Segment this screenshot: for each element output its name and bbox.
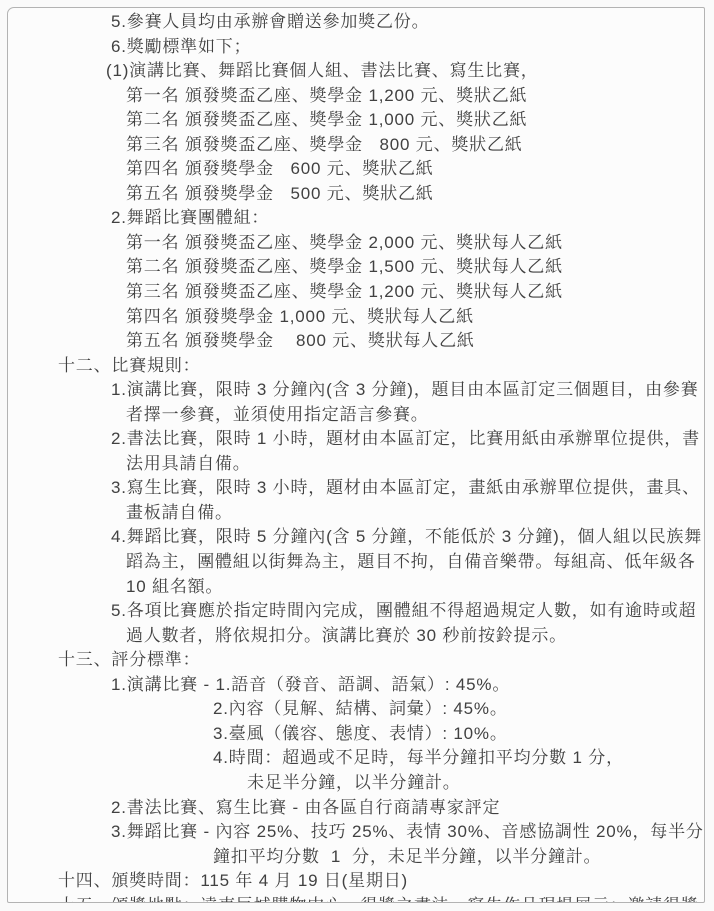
- text-line: 蹈為主，團體組以街舞為主，題目不拘，自備音樂帶。每組高、低年級各: [8, 550, 704, 575]
- text-line: 2.書法比賽，限時 1 小時，題材由本區訂定，比賽用紙由承辦單位提供，書: [8, 427, 704, 452]
- text-line: 6.獎勵標準如下；: [8, 35, 704, 60]
- text-line: 第四名 頒發獎學金 1,000 元、獎狀每人乙紙: [8, 305, 704, 330]
- text-line: 3.舞蹈比賽 - 內容 25%、技巧 25%、表情 30%、音感協調性 20%，…: [8, 820, 704, 845]
- text-line: 1.演講比賽 - 1.語音（發音、語調、語氣）: 45%。: [8, 673, 704, 698]
- text-line: 2.書法比賽、寫生比賽 - 由各區自行商請專家評定: [8, 796, 704, 821]
- text-line: 2.舞蹈比賽團體組：: [8, 206, 704, 231]
- text-line: 未足半分鐘，以半分鐘計。: [8, 771, 704, 796]
- text-line: 十三、評分標準：: [8, 648, 704, 673]
- text-line: 過人數者，將依規扣分。演講比賽於 30 秒前按鈴提示。: [8, 624, 704, 649]
- text-line: 畫板請自備。: [8, 501, 704, 526]
- text-line: 3.臺風（儀容、態度、表情）: 10%。: [8, 722, 704, 747]
- text-line: 4.時間：超過或不足時，每半分鐘扣平均分數 1 分，: [8, 746, 704, 771]
- text-line: 第三名 頒發獎盃乙座、獎學金 800 元、獎狀乙紙: [8, 133, 704, 158]
- document-body: 5.參賽人員均由承辦會贈送參加獎乙份。6.獎勵標準如下；(1)演講比賽、舞蹈比賽…: [8, 8, 704, 903]
- text-line: 者擇一參賽，並須使用指定語言參賽。: [8, 403, 704, 428]
- text-line: 法用具請自備。: [8, 452, 704, 477]
- text-line: 第一名 頒發獎盃乙座、獎學金 2,000 元、獎狀每人乙紙: [8, 231, 704, 256]
- text-line: 第二名 頒發獎盃乙座、獎學金 1,000 元、獎狀乙紙: [8, 108, 704, 133]
- text-line: 5.參賽人員均由承辦會贈送參加獎乙份。: [8, 10, 704, 35]
- text-line: (1)演講比賽、舞蹈比賽個人組、書法比賽、寫生比賽，: [8, 59, 704, 84]
- text-line: 第一名 頒發獎盃乙座、獎學金 1,200 元、獎狀乙紙: [8, 84, 704, 109]
- document-page: 5.參賽人員均由承辦會贈送參加獎乙份。6.獎勵標準如下；(1)演講比賽、舞蹈比賽…: [7, 7, 705, 903]
- text-line: 第五名 頒發獎學金 800 元、獎狀每人乙紙: [8, 329, 704, 354]
- text-line: 5.各項比賽應於指定時間內完成，團體組不得超過規定人數，如有逾時或超: [8, 599, 704, 624]
- text-line: 十五、頒獎地點：遠東巨城購物中心，得獎之書法、寫生作品現場展示；邀請得獎: [8, 894, 704, 903]
- text-line: 1.演講比賽，限時 3 分鐘內(含 3 分鐘)，題目由本區訂定三個題目，由參賽: [8, 378, 704, 403]
- text-line: 第四名 頒發獎學金 600 元、獎狀乙紙: [8, 157, 704, 182]
- text-line: 第三名 頒發獎盃乙座、獎學金 1,200 元、獎狀每人乙紙: [8, 280, 704, 305]
- text-line: 第五名 頒發獎學金 500 元、獎狀乙紙: [8, 182, 704, 207]
- text-line: 2.內容（見解、結構、詞彙）: 45%。: [8, 697, 704, 722]
- text-line: 十二、比賽規則：: [8, 354, 704, 379]
- text-line: 10 組名額。: [8, 575, 704, 600]
- text-line: 4.舞蹈比賽，限時 5 分鐘內(含 5 分鐘，不能低於 3 分鐘)，個人組以民族…: [8, 525, 704, 550]
- text-line: 3.寫生比賽，限時 3 小時，題材由本區訂定，畫紙由承辦單位提供，畫具、: [8, 476, 704, 501]
- text-line: 第二名 頒發獎盃乙座、獎學金 1,500 元、獎狀每人乙紙: [8, 255, 704, 280]
- text-line: 鐘扣平均分數 1 分，未足半分鐘，以半分鐘計。: [8, 845, 704, 870]
- text-line: 十四、頒獎時間：115 年 4 月 19 日(星期日): [8, 869, 704, 894]
